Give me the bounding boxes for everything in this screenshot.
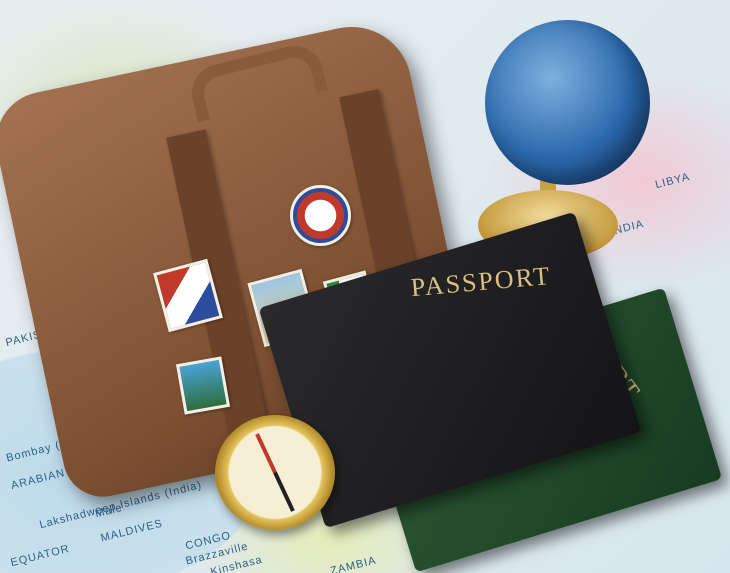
beach-sticker — [176, 356, 230, 414]
brass-compass — [215, 415, 335, 530]
round-sticker — [290, 185, 351, 246]
travel-photo: Bombay (Mumbai) ARABIAN SEA Lakshadweep … — [0, 0, 730, 573]
passport-title: PASSPORT — [410, 261, 553, 303]
compass-needle — [255, 433, 295, 512]
desk-globe — [485, 20, 650, 185]
